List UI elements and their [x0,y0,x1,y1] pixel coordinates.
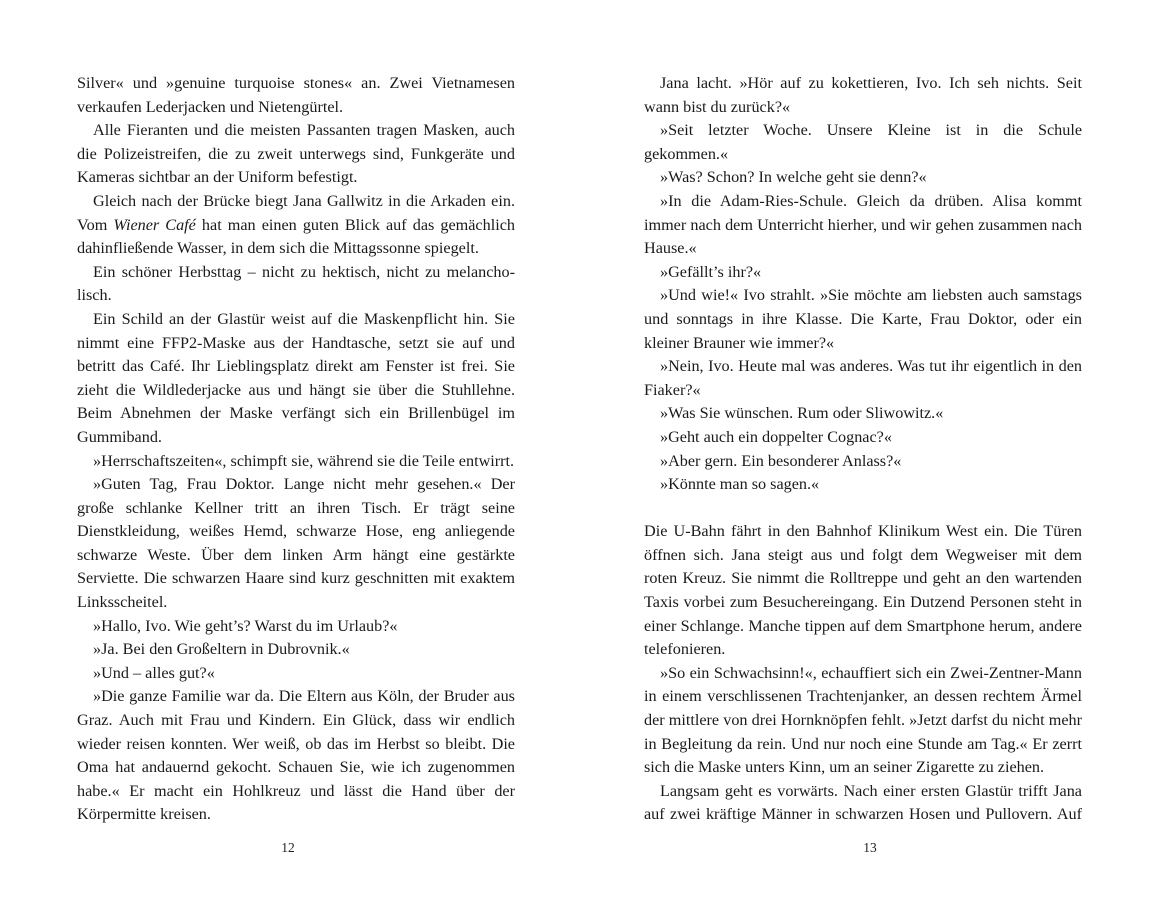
cafe-name-italic: Wiener Café [113,216,196,234]
paragraph: »Nein, Ivo. Heute mal was anderes. Was t… [644,355,1082,402]
paragraph: »Guten Tag, Frau Doktor. Lange nicht meh… [77,473,515,615]
paragraph: Langsam geht es vorwärts. Nach einer ers… [644,780,1082,827]
paragraph: »Was? Schon? In welche geht sie denn?« [644,166,1082,190]
paragraph: Jana lacht. »Hör auf zu kokettieren, Ivo… [644,72,1082,119]
paragraph: »Hallo, Ivo. Wie geht’s? Warst du im Url… [77,615,515,639]
paragraph: Gleich nach der Brücke biegt Jana Gallwi… [77,190,515,261]
paragraph: »Geht auch ein doppelter Cognac?« [644,426,1082,450]
page-number-right: 13 [850,840,890,856]
paragraph: »Was Sie wünschen. Rum oder Sliwowitz.« [644,402,1082,426]
paragraph: »Die ganze Familie war da. Die Eltern au… [77,685,515,827]
paragraph: »Gefällt’s ihr?« [644,261,1082,285]
paragraph: »Und wie!« Ivo strahlt. »Sie möchte am l… [644,284,1082,355]
paragraph: Silver« und »genuine turquoise stones« a… [77,72,515,119]
paragraph: »So ein Schwachsinn!«, echauffiert sich … [644,662,1082,780]
left-page-body: Silver« und »genuine turquoise stones« a… [77,72,515,827]
paragraph: »Herrschaftszeiten«, schimpft sie, währe… [77,450,515,474]
left-page: Silver« und »genuine turquoise stones« a… [77,72,515,827]
paragraph: »Aber gern. Ein besonderer Anlass?« [644,450,1082,474]
paragraph: »Könnte man so sagen.« [644,473,1082,497]
right-page: Jana lacht. »Hör auf zu kokettieren, Ivo… [644,72,1082,827]
page-number-left: 12 [268,840,308,856]
paragraph: »Seit letzter Woche. Unsere Kleine ist i… [644,119,1082,166]
paragraph: »Ja. Bei den Großeltern in Dubrovnik.« [77,638,515,662]
section-start-paragraph: Die U-Bahn fährt in den Bahnhof Klinikum… [644,520,1082,662]
paragraph: »Und – alles gut?« [77,662,515,686]
right-page-body: Jana lacht. »Hör auf zu kokettieren, Ivo… [644,72,1082,827]
paragraph: »In die Adam-Ries-Schule. Gleich da drüb… [644,190,1082,261]
paragraph: Ein Schild an der Glastür weist auf die … [77,308,515,450]
paragraph: Alle Fieranten und die meisten Passanten… [77,119,515,190]
paragraph: Ein schöner Herbsttag – nicht zu hektisc… [77,261,515,308]
